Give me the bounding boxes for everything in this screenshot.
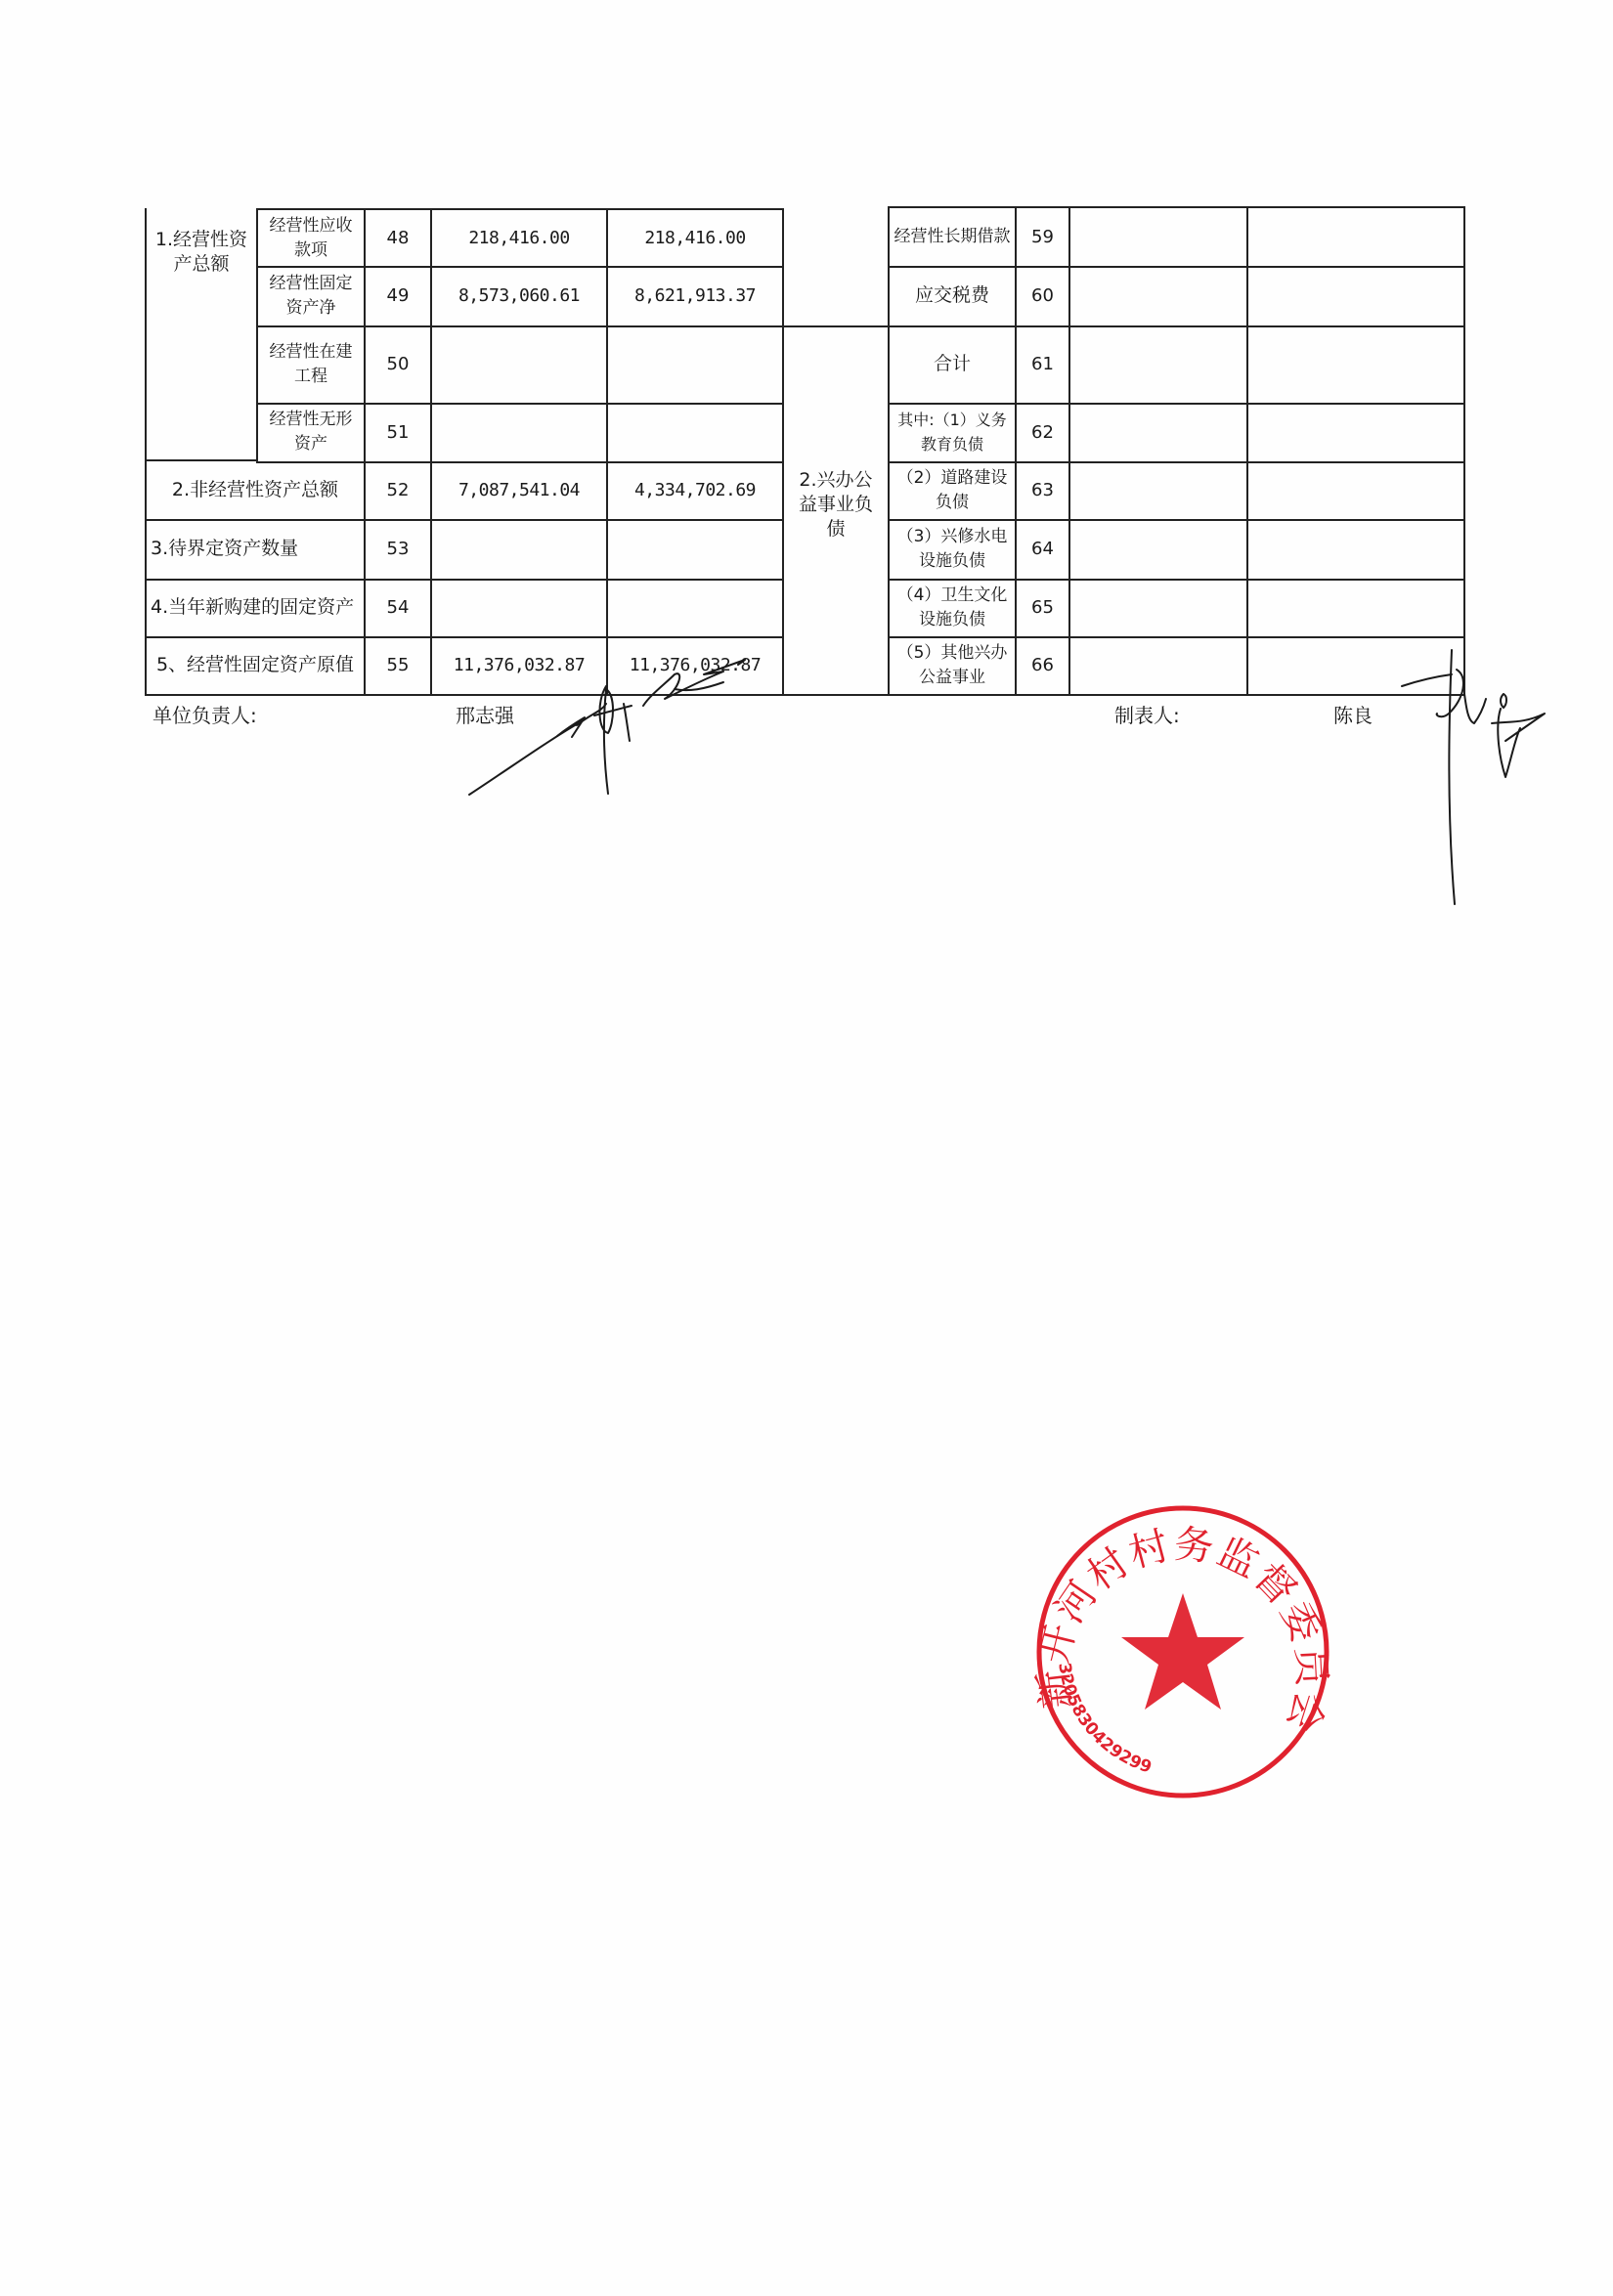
row-49-value-2: 8,621,913.37 <box>606 266 784 327</box>
official-seal-stamp: 新开河村村务监督委员会 3205830429299 <box>1031 1500 1334 1803</box>
row-61-value-1 <box>1068 325 1246 405</box>
row-61-number: 61 <box>1015 325 1068 405</box>
row-50-number: 50 <box>364 325 430 405</box>
group-public-welfare-liabilities-label: 2.兴办公益事业负债 <box>782 325 890 696</box>
row-52-value-1: 7,087,541.04 <box>430 461 606 521</box>
blank-cell <box>782 208 890 327</box>
row-49-number: 49 <box>364 266 430 327</box>
unit-head-name: 邢志强 <box>456 700 514 728</box>
row-66-value-1 <box>1068 636 1246 696</box>
row-60-label: 应交税费 <box>888 266 1015 327</box>
group-operating-assets-label: 1.经营性资产总额 <box>145 208 256 461</box>
row-59-number: 59 <box>1015 206 1068 268</box>
row-64-number: 64 <box>1015 519 1068 581</box>
row-64-value-1 <box>1068 519 1246 581</box>
row-59-value-1 <box>1068 206 1246 268</box>
row-61-label: 合计 <box>888 325 1015 405</box>
row-63-value-2 <box>1246 461 1465 521</box>
row-54-label: 4.当年新购建的固定资产 <box>145 579 364 638</box>
row-66-value-2 <box>1246 636 1465 696</box>
row-55-number: 55 <box>364 636 430 696</box>
row-55-value-2: 11,376,032.87 <box>606 636 784 696</box>
row-54-value-2 <box>606 579 784 638</box>
row-60-value-2 <box>1246 266 1465 327</box>
row-66-number: 66 <box>1015 636 1068 696</box>
stamp-code: 3205830429299 <box>1054 1662 1154 1778</box>
row-53-number: 53 <box>364 519 430 581</box>
preparer-label: 制表人: <box>1114 700 1180 728</box>
row-54-value-1 <box>430 579 606 638</box>
row-62-value-2 <box>1246 403 1465 463</box>
row-50-label: 经营性在建工程 <box>256 325 364 405</box>
row-53-label: 3.待界定资产数量 <box>145 519 364 581</box>
row-52-value-2: 4,334,702.69 <box>606 461 784 521</box>
document-page: 1.经营性资产总额 经营性应收款项 48 218,416.00 218,416.… <box>0 0 1613 2296</box>
row-51-value-1 <box>430 403 606 463</box>
row-48-number: 48 <box>364 208 430 268</box>
row-61-value-2 <box>1246 325 1465 405</box>
preparer-name: 陈良 <box>1333 700 1373 728</box>
row-51-number: 51 <box>364 403 430 463</box>
row-48-value-1: 218,416.00 <box>430 208 606 268</box>
row-48-label: 经营性应收款项 <box>256 208 364 268</box>
row-62-value-1 <box>1068 403 1246 463</box>
row-66-label: （5）其他兴办公益事业 <box>888 636 1015 696</box>
row-51-value-2 <box>606 403 784 463</box>
group-label-text: 1.经营性资产总额 <box>151 228 252 277</box>
row-63-number: 63 <box>1015 461 1068 521</box>
row-51-label: 经营性无形资产 <box>256 403 364 463</box>
row-55-label: 5、经营性固定资产原值 <box>145 636 364 696</box>
row-49-value-1: 8,573,060.61 <box>430 266 606 327</box>
row-50-value-2 <box>606 325 784 405</box>
row-62-label: 其中:（1）义务教育负债 <box>888 403 1015 463</box>
row-65-label: （4）卫生文化设施负债 <box>888 579 1015 638</box>
row-53-value-2 <box>606 519 784 581</box>
row-53-value-1 <box>430 519 606 581</box>
row-52-number: 52 <box>364 461 430 521</box>
svg-text:3205830429299: 3205830429299 <box>1054 1662 1154 1778</box>
row-65-number: 65 <box>1015 579 1068 638</box>
row-50-value-1 <box>430 325 606 405</box>
stamp-star-icon <box>1121 1593 1244 1710</box>
row-64-value-2 <box>1246 519 1465 581</box>
row-55-value-1: 11,376,032.87 <box>430 636 606 696</box>
row-60-number: 60 <box>1015 266 1068 327</box>
row-59-label: 经营性长期借款 <box>888 206 1015 268</box>
row-60-value-1 <box>1068 266 1246 327</box>
row-63-value-1 <box>1068 461 1246 521</box>
row-63-label: （2）道路建设负债 <box>888 461 1015 521</box>
row-65-value-1 <box>1068 579 1246 638</box>
row-64-label: （3）兴修水电设施负债 <box>888 519 1015 581</box>
row-48-value-2: 218,416.00 <box>606 208 784 268</box>
row-59-value-2 <box>1246 206 1465 268</box>
row-62-number: 62 <box>1015 403 1068 463</box>
row-54-number: 54 <box>364 579 430 638</box>
row-52-label: 2.非经营性资产总额 <box>145 461 364 521</box>
unit-head-label: 单位负责人: <box>153 700 257 728</box>
row-65-value-2 <box>1246 579 1465 638</box>
group-label-text: 2.兴办公益事业负债 <box>792 468 880 542</box>
row-49-label: 经营性固定资产净 <box>256 266 364 327</box>
